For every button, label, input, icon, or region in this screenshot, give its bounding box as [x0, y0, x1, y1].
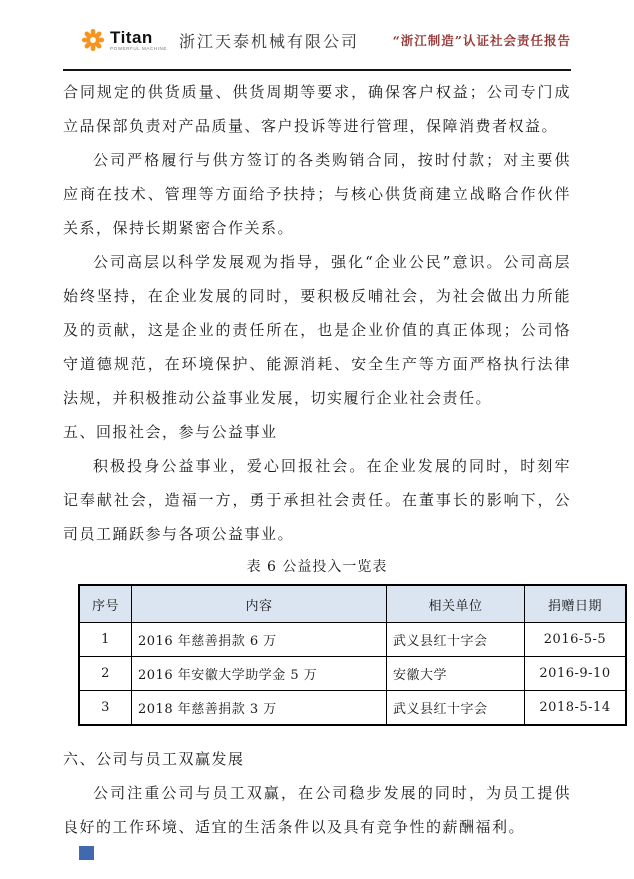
- table-caption: 表 6 公益投入一览表: [63, 557, 571, 577]
- cell-organization: 安徽大学: [387, 657, 525, 691]
- cell-organization: 武义县红十字会: [387, 691, 525, 726]
- header-cell-organization: 相关单位: [387, 585, 525, 623]
- section-6-heading: 六、公司与员工双赢发展: [63, 742, 571, 776]
- paragraph-public-welfare: 积极投身公益事业，爱心回报社会。在企业发展的同时，时刻牢记奉献社会，造福一方，勇…: [63, 449, 571, 551]
- cell-content: 2016 年安徽大学助学金 5 万: [132, 657, 387, 691]
- cell-index: 2: [79, 657, 132, 691]
- cell-content: 2018 年慈善捐款 3 万: [132, 691, 387, 726]
- cell-date: 2016-9-10: [525, 657, 627, 691]
- table-header-row: 序号 内容 相关单位 捐赠日期: [79, 585, 626, 623]
- footer-blue-square: [79, 846, 94, 860]
- table-row: 2 2016 年安徽大学助学金 5 万 安徽大学 2016-9-10: [79, 657, 626, 691]
- paragraph-corporate-citizen: 公司高层以科学发展观为指导，强化“企业公民”意识。公司高层始终坚持，在企业发展的…: [63, 245, 571, 415]
- brand-block: Titan POWERFUL MACHINE: [110, 29, 167, 52]
- section-5-heading: 五、回报社会，参与公益事业: [63, 415, 571, 449]
- paragraph-employee-winwin: 公司注重公司与员工双赢，在公司稳步发展的同时，为员工提供良好的工作环境、适宜的生…: [63, 776, 571, 844]
- gear-icon: [80, 27, 106, 53]
- cell-date: 2016-5-5: [525, 623, 627, 657]
- paragraph-supply-quality: 合同规定的供货质量、供货周期等要求，确保客户权益；公司专门成立品保部负责对产品质…: [63, 75, 571, 143]
- page-content: 合同规定的供货质量、供货周期等要求，确保客户权益；公司专门成立品保部负责对产品质…: [0, 71, 634, 844]
- brand-text: Titan: [110, 29, 167, 46]
- header-cell-content: 内容: [132, 585, 387, 623]
- table-row: 1 2016 年慈善捐款 6 万 武义县红十字会 2016-5-5: [79, 623, 626, 657]
- cell-organization: 武义县红十字会: [387, 623, 525, 657]
- page-header: Titan POWERFUL MACHINE 浙江天泰机械有限公司 “浙江制造”…: [0, 0, 634, 60]
- header-cell-date: 捐赠日期: [525, 585, 627, 623]
- document-page: Titan POWERFUL MACHINE 浙江天泰机械有限公司 “浙江制造”…: [0, 0, 634, 879]
- header-cell-index: 序号: [79, 585, 132, 623]
- company-name: 浙江天泰机械有限公司: [179, 29, 359, 52]
- titan-logo: Titan POWERFUL MACHINE: [80, 27, 167, 53]
- brand-tagline: POWERFUL MACHINE: [110, 47, 167, 52]
- cell-date: 2018-5-14: [525, 691, 627, 726]
- report-title: “浙江制造”认证社会责任报告: [393, 31, 571, 49]
- paragraph-supplier-contracts: 公司严格履行与供方签订的各类购销合同，按时付款；对主要供应商在技术、管理等方面给…: [63, 143, 571, 245]
- table-row: 3 2018 年慈善捐款 3 万 武义县红十字会 2018-5-14: [79, 691, 626, 726]
- public-welfare-table: 序号 内容 相关单位 捐赠日期 1 2016 年慈善捐款 6 万 武义县红十字会…: [78, 584, 627, 726]
- cell-index: 3: [79, 691, 132, 726]
- cell-index: 1: [79, 623, 132, 657]
- cell-content: 2016 年慈善捐款 6 万: [132, 623, 387, 657]
